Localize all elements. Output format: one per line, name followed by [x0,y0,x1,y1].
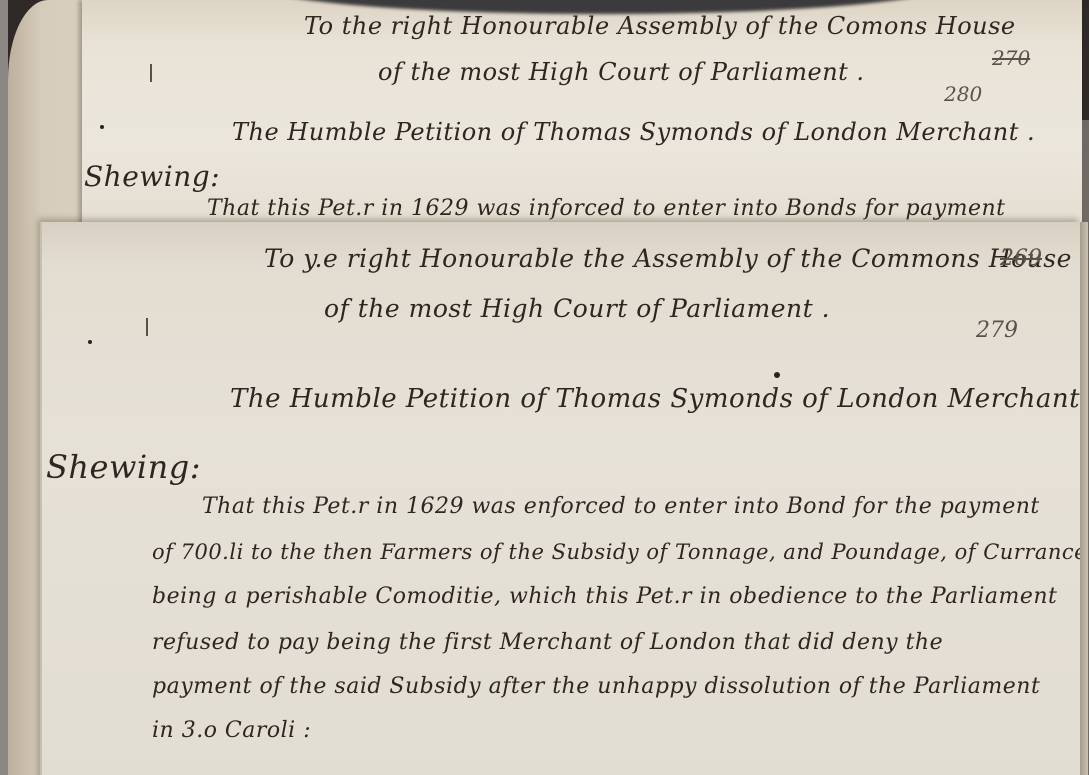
pin-mark [146,318,148,336]
pin-mark [150,64,152,82]
lower-folio-struck: 269 [1000,246,1042,271]
upper-address-line-2: of the most High Court of Parliament . [378,58,865,86]
body-line: in 3.o Caroli : [152,718,311,743]
lower-folio-number: 279 [976,318,1018,343]
lower-address-line-1: To y.e right Honourable the Assembly of … [264,244,1072,273]
upper-body-line: That this Pet.r in 1629 was inforced to … [207,196,1006,221]
body-line: of 700.li to the then Farmers of the Sub… [152,540,1087,564]
lower-margin-heading: Shewing: [46,448,201,486]
upper-petition-title: The Humble Petition of Thomas Symonds of… [232,118,1035,146]
background-edge [0,0,8,775]
body-line: being a perishable Comoditie, which this… [152,584,1057,609]
ink-spot [100,125,104,129]
upper-address-line-1: To the right Honourable Assembly of the … [304,12,1016,40]
body-line: payment of the said Subsidy after the un… [152,674,1040,699]
lower-manuscript-page: To y.e right Honourable the Assembly of … [40,222,1080,775]
upper-margin-heading: Shewing: [84,160,220,193]
upper-folio-struck: 270 [992,46,1030,70]
body-line: refused to pay being the first Merchant … [152,630,943,655]
lower-address-line-2: of the most High Court of Parliament . [324,294,830,323]
lower-petition-title: The Humble Petition of Thomas Symonds of… [230,384,1080,414]
upper-manuscript-page: To the right Honourable Assembly of the … [82,0,1082,240]
ink-spot [88,340,92,344]
upper-folio-number: 280 [944,82,982,106]
body-line: That this Pet.r in 1629 was enforced to … [202,494,1040,519]
ink-spot [774,372,780,378]
